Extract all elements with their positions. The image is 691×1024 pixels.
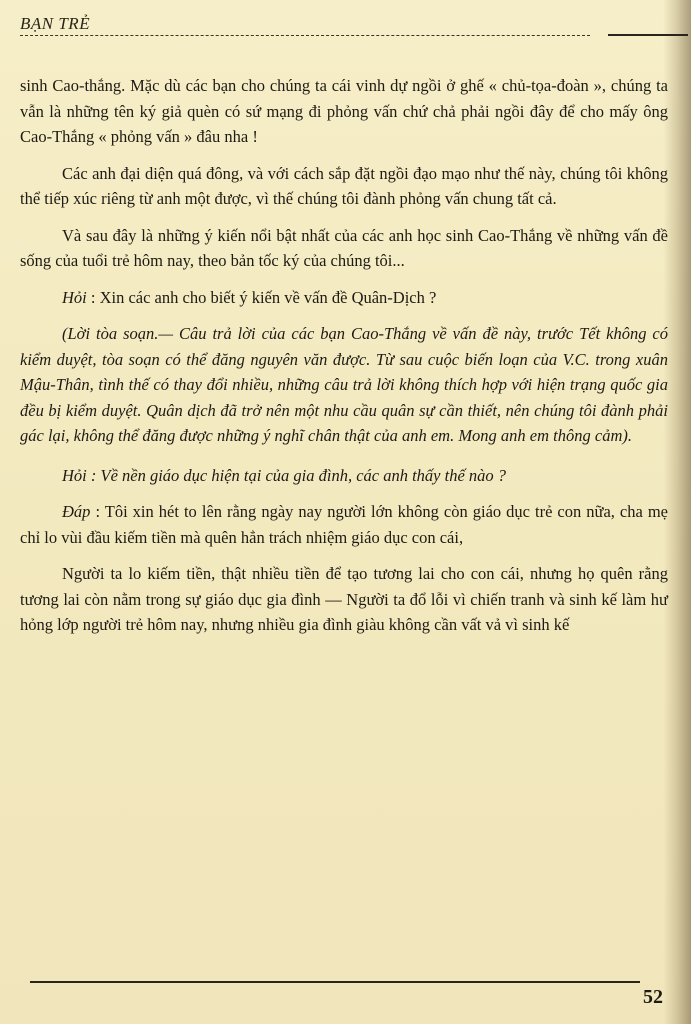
paragraph-text: sinh Cao-thắng. Mặc dù các bạn cho chúng…	[20, 76, 668, 146]
article-body: sinh Cao-thắng. Mặc dù các bạn cho chúng…	[20, 73, 668, 649]
question-text: : Xin các anh cho biết ý kiến về vấn đề …	[87, 288, 437, 307]
question-family-education: Hỏi : Về nền giáo dục hiện tại của gia đ…	[20, 463, 668, 489]
paragraph-representatives: Các anh đại diện quá đông, và với cách s…	[20, 161, 668, 212]
question-label: Hỏi	[62, 288, 87, 307]
paragraph-intro: sinh Cao-thắng. Mặc dù các bạn cho chúng…	[20, 73, 668, 150]
header-rule	[20, 35, 590, 36]
header-rule-right	[608, 34, 688, 36]
paragraph-opinions-intro: Và sau đây là những ý kiến nổi bật nhất …	[20, 223, 668, 274]
running-header: BẠN TRẺ	[20, 8, 670, 38]
answer-text: : Tôi xin hét to lên rằng ngày nay người…	[20, 502, 668, 547]
question-military-service: Hỏi : Xin các anh cho biết ý kiến về vấn…	[20, 285, 668, 311]
paragraph-text: (Lời tòa soạn.— Câu trả lời của các bạn …	[20, 324, 668, 445]
paragraph-text: Các anh đại diện quá đông, và với cách s…	[20, 164, 668, 209]
answer-family-education: Đáp : Tôi xin hét to lên rằng ngày nay n…	[20, 499, 668, 550]
page-number: 52	[643, 986, 663, 1009]
header-title: BẠN TRẺ	[20, 14, 90, 34]
paragraph-money-future: Người ta lo kiếm tiền, thật nhiều tiền đ…	[20, 561, 668, 638]
question-text: Hỏi : Về nền giáo dục hiện tại của gia đ…	[62, 466, 506, 485]
footer-rule	[30, 981, 640, 983]
paragraph-text: Người ta lo kiếm tiền, thật nhiều tiền đ…	[20, 564, 668, 634]
paragraph-text: Và sau đây là những ý kiến nổi bật nhất …	[20, 226, 668, 271]
editorial-note: (Lời tòa soạn.— Câu trả lời của các bạn …	[20, 321, 668, 449]
answer-label: Đáp	[62, 502, 90, 521]
magazine-page: BẠN TRẺ sinh Cao-thắng. Mặc dù các bạn c…	[0, 0, 691, 1024]
